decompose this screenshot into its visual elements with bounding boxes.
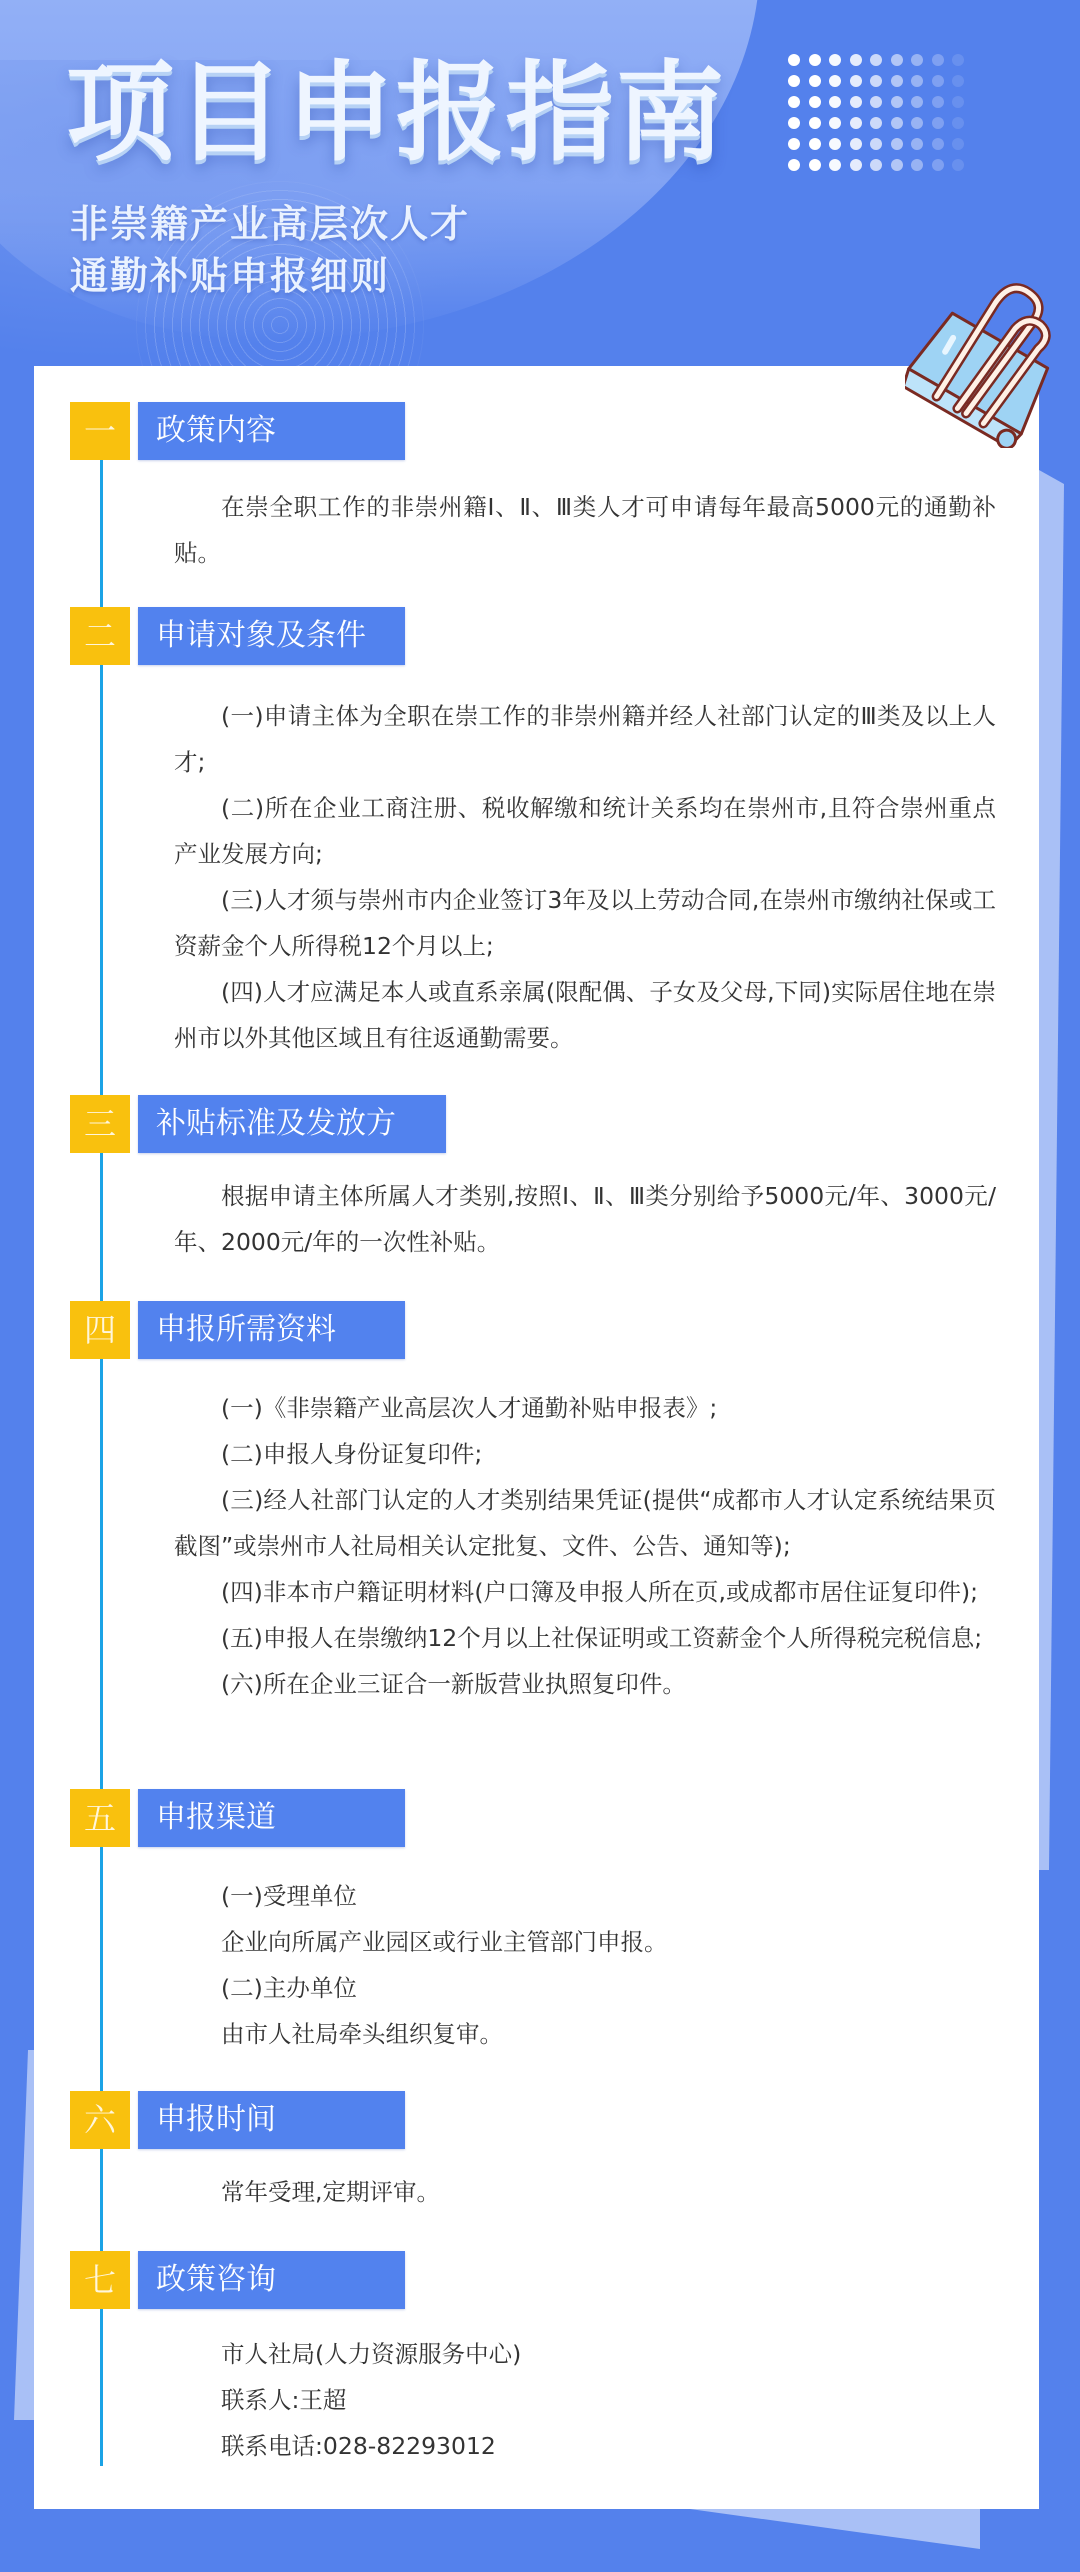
dot-decoration (891, 159, 903, 171)
page-title: 项目申报指南 (66, 60, 726, 168)
side-accent-left (14, 2050, 34, 2420)
dot-decoration (829, 75, 841, 87)
dot-decoration (870, 96, 882, 108)
dot-decoration (911, 138, 923, 150)
section-number: 六 (70, 2091, 130, 2149)
paragraph: (一)《非崇籍产业高层次人才通勤补贴申报表》; (174, 1385, 996, 1431)
section-number: 三 (70, 1095, 130, 1153)
paragraph: (二)申报人身份证复印件; (174, 1431, 996, 1477)
dot-decoration (788, 159, 800, 171)
dot-decoration (911, 96, 923, 108)
content-card: 一 政策内容 在崇全职工作的非崇州籍Ⅰ、Ⅱ、Ⅲ类人才可申请每年最高5000元的通… (34, 366, 1039, 2509)
dot-decoration (952, 117, 964, 129)
section-number: 五 (70, 1789, 130, 1847)
paragraph: 企业向所属产业园区或行业主管部门申报。 (174, 1919, 996, 1965)
paragraph: (四)人才应满足本人或直系亲属(限配偶、子女及父母,下同)实际居住地在崇州市以外… (174, 969, 996, 1061)
section-subsidy-standard: 三 补贴标准及发放方式 根据申请主体所属人才类别,按照Ⅰ、Ⅱ、Ⅲ类分别给予500… (70, 1095, 1010, 1265)
dot-decoration (932, 159, 944, 171)
dot-decoration (952, 54, 964, 66)
dot-decoration (788, 117, 800, 129)
subtitle-line-1: 非崇籍产业高层次人才 (70, 198, 470, 250)
paragraph: (三)人才须与崇州市内企业签订3年及以上劳动合同,在崇州市缴纳社保或工资薪金个人… (174, 877, 996, 969)
dot-decoration (891, 96, 903, 108)
dot-decoration (829, 117, 841, 129)
dot-decoration (788, 96, 800, 108)
paragraph: 在崇全职工作的非崇州籍Ⅰ、Ⅱ、Ⅲ类人才可申请每年最高5000元的通勤补贴。 (174, 484, 996, 576)
dot-decoration (788, 54, 800, 66)
section-label: 申报所需资料 (138, 1301, 405, 1359)
dot-decoration (850, 138, 862, 150)
dot-decoration (870, 75, 882, 87)
section-number: 七 (70, 2251, 130, 2309)
paragraph: 市人社局(人力资源服务中心) (174, 2331, 996, 2377)
section-required-documents: 四 申报所需资料 (一)《非崇籍产业高层次人才通勤补贴申报表》; (二)申报人身… (70, 1301, 1010, 1707)
section-body: 根据申请主体所属人才类别,按照Ⅰ、Ⅱ、Ⅲ类分别给予5000元/年、3000元/年… (174, 1173, 996, 1265)
paragraph: 根据申请主体所属人才类别,按照Ⅰ、Ⅱ、Ⅲ类分别给予5000元/年、3000元/年… (174, 1173, 996, 1265)
section-header: 四 申报所需资料 (70, 1301, 1010, 1359)
section-label: 申报时间 (138, 2091, 405, 2149)
dot-grid-decoration (788, 54, 964, 171)
section-header: 五 申报渠道 (70, 1789, 1010, 1847)
dot-decoration (809, 75, 821, 87)
section-header: 三 补贴标准及发放方式 (70, 1095, 1010, 1153)
dot-decoration (911, 54, 923, 66)
dot-decoration (788, 75, 800, 87)
section-eligibility: 二 申请对象及条件 (一)申请主体为全职在崇工作的非崇州籍并经人社部门认定的Ⅲ类… (70, 607, 1010, 1061)
dot-decoration (829, 96, 841, 108)
paragraph: 联系电话:028-82293012 (174, 2423, 996, 2469)
page-subtitle: 非崇籍产业高层次人才 通勤补贴申报细则 (70, 198, 470, 302)
subtitle-line-2: 通勤补贴申报细则 (70, 250, 470, 302)
section-label: 申报渠道 (138, 1789, 405, 1847)
paragraph: 由市人社局牵头组织复审。 (174, 2011, 996, 2057)
dot-decoration (850, 96, 862, 108)
dot-decoration (870, 138, 882, 150)
dot-decoration (911, 75, 923, 87)
dot-decoration (809, 138, 821, 150)
section-body: 常年受理,定期评审。 (174, 2169, 996, 2215)
section-body: (一)申请主体为全职在崇工作的非崇州籍并经人社部门认定的Ⅲ类及以上人才; (二)… (174, 693, 996, 1061)
dot-decoration (932, 96, 944, 108)
section-header: 七 政策咨询 (70, 2251, 1010, 2309)
paragraph: 常年受理,定期评审。 (174, 2169, 996, 2215)
dot-decoration (891, 54, 903, 66)
dot-decoration (809, 159, 821, 171)
side-accent-right (1039, 470, 1064, 1870)
dot-decoration (809, 96, 821, 108)
dot-decoration (911, 117, 923, 129)
dot-decoration (952, 159, 964, 171)
paragraph: (二)主办单位 (174, 1965, 996, 2011)
bottom-accent (690, 2509, 980, 2549)
section-body: (一)受理单位 企业向所属产业园区或行业主管部门申报。 (二)主办单位 由市人社… (174, 1873, 996, 2057)
paragraph: (四)非本市户籍证明材料(户口簿及申报人所在页,或成都市居住证复印件); (174, 1569, 996, 1615)
section-header: 六 申报时间 (70, 2091, 1010, 2149)
binder-clip-icon (905, 268, 1075, 448)
dot-decoration (809, 54, 821, 66)
dot-decoration (788, 138, 800, 150)
dot-decoration (932, 54, 944, 66)
section-label: 申请对象及条件 (138, 607, 405, 665)
section-label: 政策内容 (138, 402, 405, 460)
dot-decoration (850, 159, 862, 171)
section-policy-consultation: 七 政策咨询 市人社局(人力资源服务中心) 联系人:王超 联系电话:028-82… (70, 2251, 1010, 2469)
section-policy-content: 一 政策内容 在崇全职工作的非崇州籍Ⅰ、Ⅱ、Ⅲ类人才可申请每年最高5000元的通… (70, 402, 1010, 576)
section-number: 二 (70, 607, 130, 665)
paragraph: (三)经人社部门认定的人才类别结果凭证(提供“成都市人才认定系统结果页截图”或崇… (174, 1477, 996, 1569)
dot-decoration (870, 54, 882, 66)
section-application-channel: 五 申报渠道 (一)受理单位 企业向所属产业园区或行业主管部门申报。 (二)主办… (70, 1789, 1010, 2057)
dot-decoration (829, 138, 841, 150)
section-application-time: 六 申报时间 常年受理,定期评审。 (70, 2091, 1010, 2215)
section-body: 在崇全职工作的非崇州籍Ⅰ、Ⅱ、Ⅲ类人才可申请每年最高5000元的通勤补贴。 (174, 484, 996, 576)
paragraph: (一)受理单位 (174, 1873, 996, 1919)
section-number: 一 (70, 402, 130, 460)
dot-decoration (911, 159, 923, 171)
dot-decoration (829, 159, 841, 171)
dot-decoration (952, 96, 964, 108)
dot-decoration (829, 54, 841, 66)
section-number: 四 (70, 1301, 130, 1359)
paragraph: (二)所在企业工商注册、税收解缴和统计关系均在崇州市,且符合崇州重点产业发展方向… (174, 785, 996, 877)
section-label: 补贴标准及发放方式 (138, 1095, 446, 1153)
dot-decoration (932, 138, 944, 150)
dot-decoration (850, 54, 862, 66)
dot-decoration (850, 75, 862, 87)
paragraph: (五)申报人在崇缴纳12个月以上社保证明或工资薪金个人所得税完税信息; (174, 1615, 996, 1661)
paragraph: (一)申请主体为全职在崇工作的非崇州籍并经人社部门认定的Ⅲ类及以上人才; (174, 693, 996, 785)
section-body: 市人社局(人力资源服务中心) 联系人:王超 联系电话:028-82293012 (174, 2331, 996, 2469)
dot-decoration (952, 138, 964, 150)
dot-decoration (932, 117, 944, 129)
section-label: 政策咨询 (138, 2251, 405, 2309)
section-header: 一 政策内容 (70, 402, 1010, 460)
dot-decoration (850, 117, 862, 129)
section-header: 二 申请对象及条件 (70, 607, 1010, 665)
section-body: (一)《非崇籍产业高层次人才通勤补贴申报表》; (二)申报人身份证复印件; (三… (174, 1385, 996, 1707)
paragraph: 联系人:王超 (174, 2377, 996, 2423)
dot-decoration (870, 117, 882, 129)
paragraph: (六)所在企业三证合一新版营业执照复印件。 (174, 1661, 996, 1707)
dot-decoration (952, 75, 964, 87)
dot-decoration (891, 75, 903, 87)
dot-decoration (870, 159, 882, 171)
dot-decoration (809, 117, 821, 129)
dot-decoration (891, 138, 903, 150)
dot-decoration (891, 117, 903, 129)
dot-decoration (932, 75, 944, 87)
